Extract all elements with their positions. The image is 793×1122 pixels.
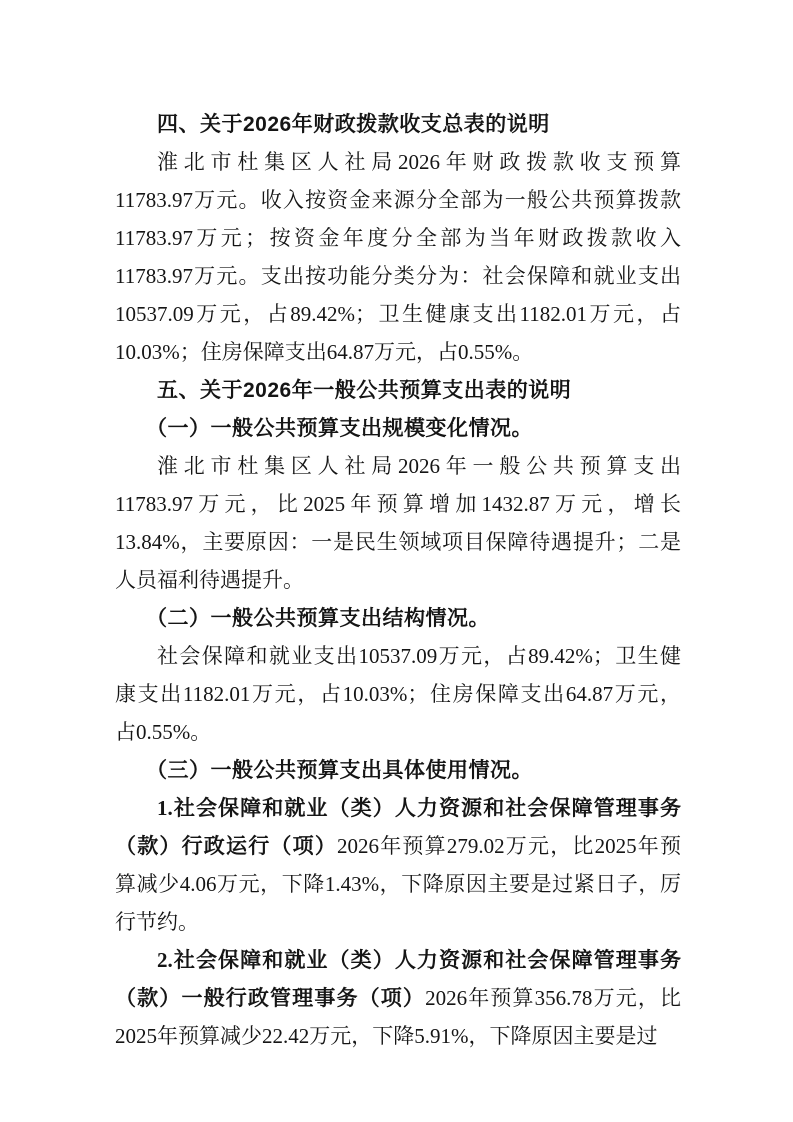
text-segment: 算减少4.06万元，下降1.43%，下降原因主要是过紧日子，厉	[115, 872, 681, 896]
section-4-paragraph-line-3: 11783.97万元；按资金年度分全部为当年财政拨款收入	[115, 219, 681, 257]
text-segment: 2025年预算减少22.42万元，下降5.91%，下降原因主要是过	[115, 1024, 658, 1048]
text-segment: 五、关于2026年一般公共预算支出表的说明	[157, 379, 571, 402]
section-4-paragraph-line-2: 11783.97万元。收入按资金来源分全部为一般公共预算拨款	[115, 181, 681, 219]
subsection-1-paragraph-line-4: 人员福利待遇提升。	[115, 561, 681, 599]
text-segment: 行节约。	[115, 910, 199, 934]
text-segment: （二）一般公共预算支出结构情况。	[146, 606, 490, 630]
subsection-2-paragraph-line-2: 康支出1182.01万元，占10.03%；住房保障支出64.87万元，	[115, 675, 681, 713]
section-4-paragraph-line-4: 11783.97万元。支出按功能分类分为：社会保障和就业支出	[115, 257, 681, 295]
text-segment: （三）一般公共预算支出具体使用情况。	[146, 758, 533, 782]
document-page: { "page": { "background": "#ffffff", "te…	[0, 0, 793, 1122]
section-5-heading-line-1: 五、关于2026年一般公共预算支出表的说明	[115, 371, 681, 409]
subsection-1-paragraph-line-3: 13.84%，主要原因：一是民生领域项目保障待遇提升；二是	[115, 523, 681, 561]
text-segment: （一）一般公共预算支出规模变化情况。	[146, 416, 533, 440]
text-segment: 13.84%，主要原因：一是民生领域项目保障待遇提升；二是	[115, 530, 681, 554]
item-2-paragraph-line-3: 2025年预算减少22.42万元，下降5.91%，下降原因主要是过	[115, 1017, 681, 1055]
section-4-paragraph-line-1: 淮北市杜集区人社局2026年财政拨款收支预算	[115, 143, 681, 181]
section-4-heading-line-1: 四、关于2026年财政拨款收支总表的说明	[115, 105, 681, 143]
item-1-paragraph-line-2: （款）行政运行（项）2026年预算279.02万元，比2025年预	[115, 827, 681, 865]
section-4-paragraph-line-6: 10.03%；住房保障支出64.87万元，占0.55%。	[115, 333, 681, 371]
text-segment: 1.社会保障和就业（类）人力资源和社会保障管理事务	[157, 796, 681, 820]
text-segment: 11783.97万元。收入按资金来源分全部为一般公共预算拨款	[115, 188, 681, 212]
text-segment: （款）行政运行（项）	[115, 834, 337, 858]
document-content: 四、关于2026年财政拨款收支总表的说明淮北市杜集区人社局2026年财政拨款收支…	[115, 105, 681, 1055]
text-segment: 10537.09万元，占89.42%；卫生健康支出1182.01万元，占	[115, 302, 681, 326]
text-segment: 2026年预算356.78万元，比	[425, 986, 681, 1010]
text-segment: 11783.97万元；按资金年度分全部为当年财政拨款收入	[115, 226, 681, 250]
text-segment: 人员福利待遇提升。	[115, 568, 304, 592]
subsection-2-paragraph-line-3: 占0.55%。	[115, 713, 681, 751]
text-segment: 四、关于2026年财政拨款收支总表的说明	[157, 113, 550, 136]
item-2-paragraph-line-1: 2.社会保障和就业（类）人力资源和社会保障管理事务	[115, 941, 681, 979]
text-segment: 淮北市杜集区人社局2026年财政拨款收支预算	[157, 150, 681, 174]
text-segment: 康支出1182.01万元，占10.03%；住房保障支出64.87万元，	[115, 682, 681, 706]
text-segment: 社会保障和就业支出10537.09万元，占89.42%；卫生健	[157, 644, 681, 668]
item-1-paragraph-line-1: 1.社会保障和就业（类）人力资源和社会保障管理事务	[115, 789, 681, 827]
text-segment: 2026年预算279.02万元，比2025年预	[337, 834, 681, 858]
text-segment: 占0.55%。	[115, 720, 211, 744]
subsection-2-paragraph-line-1: 社会保障和就业支出10537.09万元，占89.42%；卫生健	[115, 637, 681, 675]
item-1-paragraph-line-4: 行节约。	[115, 903, 681, 941]
subsection-1-paragraph-line-2: 11783.97万元，比2025年预算增加1432.87万元，增长	[115, 485, 681, 523]
text-segment: （款）一般行政管理事务（项）	[115, 986, 425, 1010]
text-segment: 11783.97万元。支出按功能分类分为：社会保障和就业支出	[115, 264, 681, 288]
item-1-paragraph-line-3: 算减少4.06万元，下降1.43%，下降原因主要是过紧日子，厉	[115, 865, 681, 903]
text-segment: 11783.97万元，比2025年预算增加1432.87万元，增长	[115, 492, 681, 516]
subsection-2-heading-line-1: （二）一般公共预算支出结构情况。	[115, 599, 681, 637]
text-segment: 淮北市杜集区人社局2026年一般公共预算支出	[157, 454, 681, 478]
subsection-1-paragraph-line-1: 淮北市杜集区人社局2026年一般公共预算支出	[115, 447, 681, 485]
text-segment: 2.社会保障和就业（类）人力资源和社会保障管理事务	[157, 948, 681, 972]
subsection-1-heading-line-1: （一）一般公共预算支出规模变化情况。	[115, 409, 681, 447]
subsection-3-heading-line-1: （三）一般公共预算支出具体使用情况。	[115, 751, 681, 789]
text-segment: 10.03%；住房保障支出64.87万元，占0.55%。	[115, 340, 533, 364]
item-2-paragraph-line-2: （款）一般行政管理事务（项）2026年预算356.78万元，比	[115, 979, 681, 1017]
section-4-paragraph-line-5: 10537.09万元，占89.42%；卫生健康支出1182.01万元，占	[115, 295, 681, 333]
